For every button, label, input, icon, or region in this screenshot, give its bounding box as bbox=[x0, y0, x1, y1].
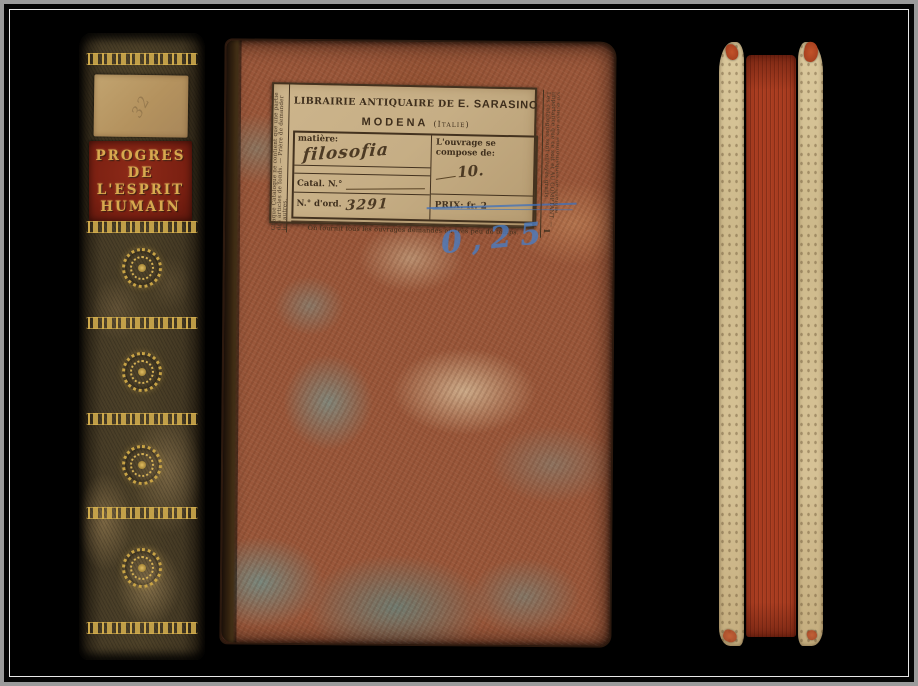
label-country: (Italie) bbox=[433, 119, 469, 129]
bookseller-label: Chaque Catalogue ne contient que une par… bbox=[269, 82, 537, 229]
label-center-panel: LIBRAIRIE ANTIQUAIRE DE E. SARASINO MODE… bbox=[287, 84, 543, 237]
field-ord-label: N.° d'ord. bbox=[296, 199, 341, 210]
spine-gilt-band bbox=[86, 317, 198, 329]
spine-gilt-rosette bbox=[122, 352, 162, 392]
fore-edge-right-board bbox=[798, 42, 823, 646]
spine-title-label: PROGRES DE L'ESPRIT HUMAIN bbox=[89, 141, 192, 221]
field-ouvrage-handwritten-value: 10. bbox=[457, 165, 484, 177]
label-header-prefix: LIBRAIRIE ANTIQUAIRE DE bbox=[294, 96, 458, 110]
spine-headcap-gilt-band bbox=[86, 53, 198, 65]
field-ouvrage: L'ouvrage se compose de: 10. bbox=[431, 135, 536, 196]
book-spine: 32 PROGRES DE L'ESPRIT HUMAIN bbox=[79, 33, 205, 660]
label-bookseller-name: E. SARASINO bbox=[458, 98, 539, 112]
field-ord-handwritten-value: 3291 bbox=[345, 196, 389, 214]
spine-tailcap-gilt-band bbox=[86, 622, 198, 634]
spine-title-line: L'ESPRIT bbox=[97, 182, 184, 199]
worn-leather-chip bbox=[806, 629, 818, 641]
book-fore-edge-view bbox=[719, 42, 823, 646]
spine-gilt-band bbox=[86, 413, 198, 425]
label-fields-box: matière: filosofia Catal. N.° N.° d'ord.… bbox=[291, 131, 537, 224]
spine-title-line: HUMAIN bbox=[100, 199, 181, 216]
worn-leather-chip bbox=[721, 628, 738, 644]
field-order-number: N.° d'ord. 3291 bbox=[293, 193, 430, 218]
photo-of-antique-book: 32 PROGRES DE L'ESPRIT HUMAIN Chaque Cat… bbox=[0, 0, 918, 686]
spine-gilt-rosette bbox=[122, 548, 162, 588]
spine-title-line: PROGRES bbox=[96, 148, 186, 165]
field-catal-blank-line bbox=[346, 188, 425, 189]
spine-gilt-band bbox=[86, 221, 198, 233]
worn-leather-chip bbox=[724, 43, 739, 61]
fore-edge-left-board bbox=[719, 42, 744, 646]
label-fields-left-column: matière: filosofia Catal. N.° N.° d'ord.… bbox=[293, 133, 432, 220]
field-matiere: matière: filosofia bbox=[294, 133, 431, 169]
spine-paper-shelf-label: 32 bbox=[94, 74, 189, 137]
label-fields-right-column: L'ouvrage se compose de: 10. PRIX: fr. 2 bbox=[430, 135, 535, 221]
field-ouvrage-label: L'ouvrage se compose de: bbox=[436, 138, 496, 159]
label-city: MODENA bbox=[361, 116, 428, 129]
spine-shelfmark-handwriting: 32 bbox=[128, 92, 155, 121]
field-catal-label: Catal. N.° bbox=[297, 179, 342, 190]
field-prix-struck-through: PRIX: fr. 2 bbox=[430, 194, 534, 218]
spine-gilt-rosette bbox=[122, 248, 162, 288]
spine-gilt-rosette bbox=[122, 445, 162, 485]
worn-leather-chip bbox=[802, 41, 819, 63]
spine-title-line: DE bbox=[128, 165, 154, 182]
book-front-cover: Chaque Catalogue ne contient que une par… bbox=[219, 38, 616, 647]
label-city-line: MODENA (Italie) bbox=[293, 109, 538, 133]
spine-gilt-band bbox=[86, 507, 198, 519]
red-stained-text-block-edge bbox=[746, 55, 796, 637]
